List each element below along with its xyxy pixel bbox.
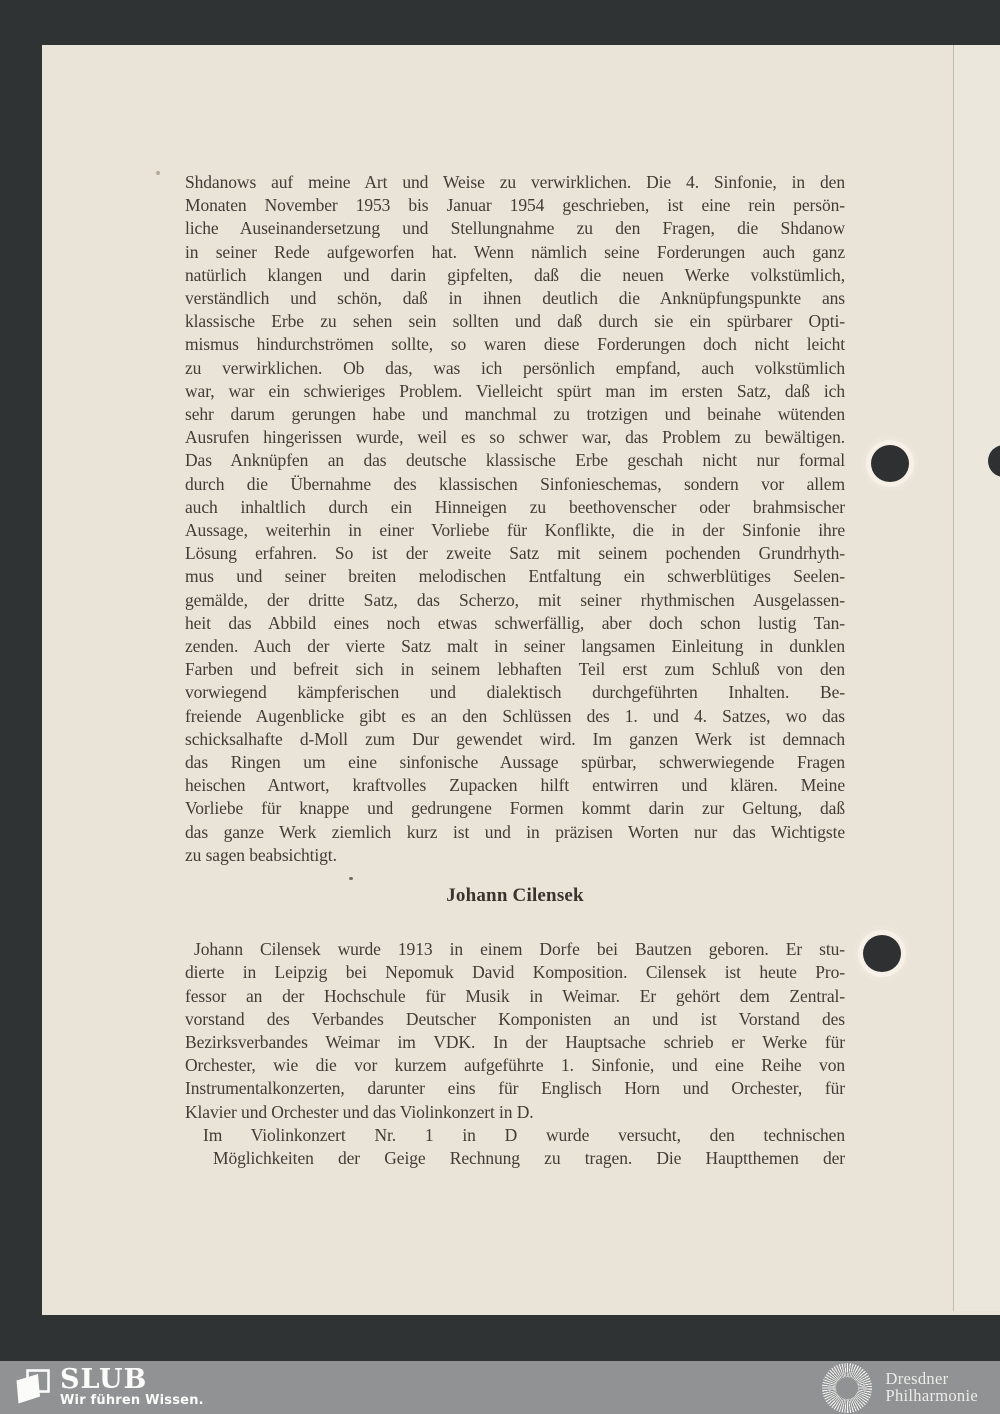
paragraph-shdanow: Shdanows auf meine Art und Weise zu verw…	[185, 171, 845, 867]
text-line: dierte in Leipzig bei Nepomuk David Komp…	[185, 961, 845, 984]
text-line: freiende Augenblicke gibt es an den Schl…	[185, 705, 845, 728]
text-line: gemälde, der dritte Satz, das Scherzo, m…	[185, 589, 845, 612]
scanned-page: Shdanows auf meine Art und Weise zu verw…	[42, 45, 1000, 1315]
text-line: Das Anknüpfen an das deutsche klassische…	[185, 449, 845, 472]
text-line: Vorliebe für knappe und gedrungene Forme…	[185, 797, 845, 820]
text-line: das ganze Werk ziemlich kurz ist und in …	[185, 821, 845, 844]
text-line: Aussage, weiterhin in einer Vorliebe für…	[185, 519, 845, 542]
adjacent-page-edge	[953, 45, 1000, 1311]
text-line: heit das Abbild eines noch etwas schwerf…	[185, 612, 845, 635]
text-line: Johann Cilensek wurde 1913 in einem Dorf…	[185, 938, 845, 961]
punch-hole	[871, 445, 909, 482]
philharmonie-logo: Dresdner Philharmonie	[822, 1363, 978, 1413]
page-text-block: Shdanows auf meine Art und Weise zu verw…	[185, 171, 845, 1170]
text-line: Instrumentalkonzerten, darunter eins für…	[185, 1077, 845, 1100]
slub-tagline: Wir führen Wissen.	[60, 1394, 204, 1408]
paragraph-violinkonzert: Im Violinkonzert Nr. 1 in D wurde versuc…	[185, 1124, 845, 1170]
text-line: schicksalhafte d-Moll zum Dur gewendet w…	[185, 728, 845, 751]
slub-text: SLUB Wir führen Wissen.	[60, 1367, 204, 1408]
text-line: zu verwirklichen. Ob das, was ich persön…	[185, 357, 845, 380]
text-line: durch die Übernahme des klassischen Sinf…	[185, 473, 845, 496]
text-line: Im Violinkonzert Nr. 1 in D wurde versuc…	[185, 1124, 845, 1147]
philharmonie-wordmark-line2: Philharmonie	[885, 1388, 978, 1405]
text-line: vorwiegend kämpferischen und dialektisch…	[185, 681, 845, 704]
text-line: Orchester, wie die vor kurzem aufgeführt…	[185, 1054, 845, 1077]
text-line: natürlich klangen und darin gipfelten, d…	[185, 264, 845, 287]
slub-wordmark: SLUB	[60, 1367, 204, 1393]
text-line: Lösung erfahren. So ist der zweite Satz …	[185, 542, 845, 565]
text-line: zu sagen beabsichtigt.	[185, 844, 845, 867]
text-line: vorstand des Verbandes Deutscher Komponi…	[185, 1008, 845, 1031]
text-line: Ausrufen hingerissen wurde, weil es so s…	[185, 426, 845, 449]
text-line: in seiner Rede aufgeworfen hat. Wenn näm…	[185, 241, 845, 264]
text-line: klassische Erbe zu sehen sein sollten un…	[185, 310, 845, 333]
text-line: verständlich und schön, daß in ihnen deu…	[185, 287, 845, 310]
scan-viewport: Shdanows auf meine Art und Weise zu verw…	[0, 0, 1000, 1414]
text-line: liche Auseinandersetzung und Stellungnah…	[185, 217, 845, 240]
scan-speck	[349, 877, 353, 880]
text-line: auch inhaltlich durch ein Hinneigen zu b…	[185, 496, 845, 519]
text-line: Farben und befreit sich in seinem lebhaf…	[185, 658, 845, 681]
scan-speck	[156, 171, 160, 175]
section-heading: Johann Cilensek	[185, 884, 845, 907]
text-line: sehr darum gerungen habe und manchmal zu…	[185, 403, 845, 426]
text-line: war, war ein schwieriges Problem. Vielle…	[185, 380, 845, 403]
text-line: das Ringen um eine sinfonische Aussage s…	[185, 751, 845, 774]
text-line: zenden. Auch der vierte Satz malt in sei…	[185, 635, 845, 658]
text-line: Klavier und Orchester und das Violinkonz…	[185, 1101, 845, 1124]
text-line: fessor an der Hochschule für Musik in We…	[185, 985, 845, 1008]
text-line: Shdanows auf meine Art und Weise zu verw…	[185, 171, 845, 194]
text-line: mus und seiner breiten melodischen Entfa…	[185, 565, 845, 588]
text-line: Monaten November 1953 bis Januar 1954 ge…	[185, 194, 845, 217]
text-line: Bezirksverbandes Weimar im VDK. In der H…	[185, 1031, 845, 1054]
slub-logo: SLUB Wir führen Wissen.	[15, 1367, 204, 1408]
text-line: heischen Antwort, kraftvolles Zupacken h…	[185, 774, 845, 797]
text-line: mismus hindurchströmen sollte, so waren …	[185, 333, 845, 356]
punch-hole	[863, 935, 901, 972]
starburst-icon	[822, 1363, 872, 1413]
open-book-icon	[15, 1369, 51, 1405]
philharmonie-wordmark: Dresdner Philharmonie	[885, 1371, 978, 1404]
paragraph-cilensek-bio: Johann Cilensek wurde 1913 in einem Dorf…	[185, 938, 845, 1124]
branding-footer: SLUB Wir führen Wissen. Dresdner Philhar…	[0, 1361, 1000, 1414]
text-line: Möglichkeiten der Geige Rechnung zu trag…	[185, 1147, 845, 1170]
